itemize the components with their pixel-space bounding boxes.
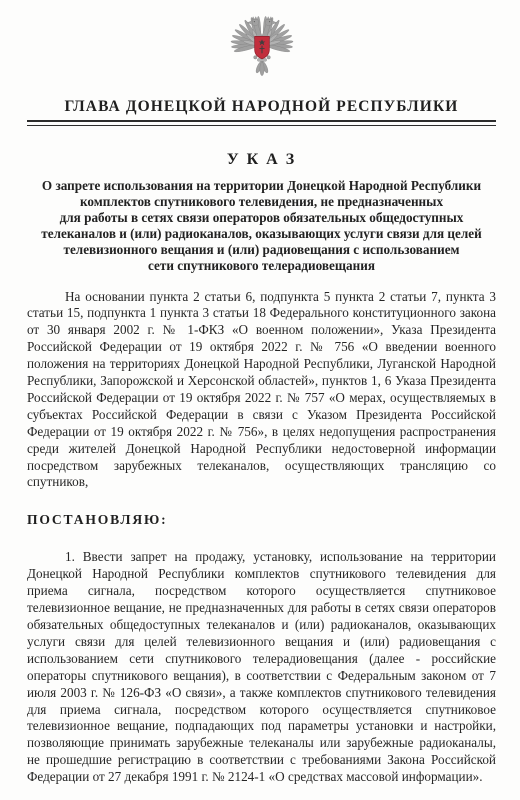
subject-line: О запрете использования на территории До… [27, 178, 496, 194]
letterhead-divider [27, 120, 496, 126]
preamble-paragraph: На основании пункта 2 статьи 6, подпункт… [27, 289, 496, 492]
emblem-container [27, 0, 496, 91]
subject-line: телевизионного вещания и (или) радиовеща… [27, 242, 496, 258]
org-name: ГЛАВА ДОНЕЦКОЙ НАРОДНОЙ РЕСПУБЛИКИ [27, 98, 496, 116]
dnr-coat-of-arms-icon [227, 13, 297, 89]
subject-line: комплектов спутникового телевидения, не … [27, 194, 496, 210]
subject-line: для работы в сетях связи операторов обяз… [27, 210, 496, 226]
decree-title: У К А З [27, 151, 496, 169]
subject-line: сети спутникового телерадиовещания [27, 258, 496, 274]
decree-page: ГЛАВА ДОНЕЦКОЙ НАРОДНОЙ РЕСПУБЛИКИ У К А… [0, 0, 520, 800]
subject-line: телеканалов и (или) радиоканалов, оказыв… [27, 226, 496, 242]
resolution-heading: ПОСТАНОВЛЯЮ: [27, 512, 496, 528]
decree-subject: О запрете использования на территории До… [27, 178, 496, 274]
decree-item-1: 1. Ввести запрет на продажу, установку, … [27, 549, 496, 786]
